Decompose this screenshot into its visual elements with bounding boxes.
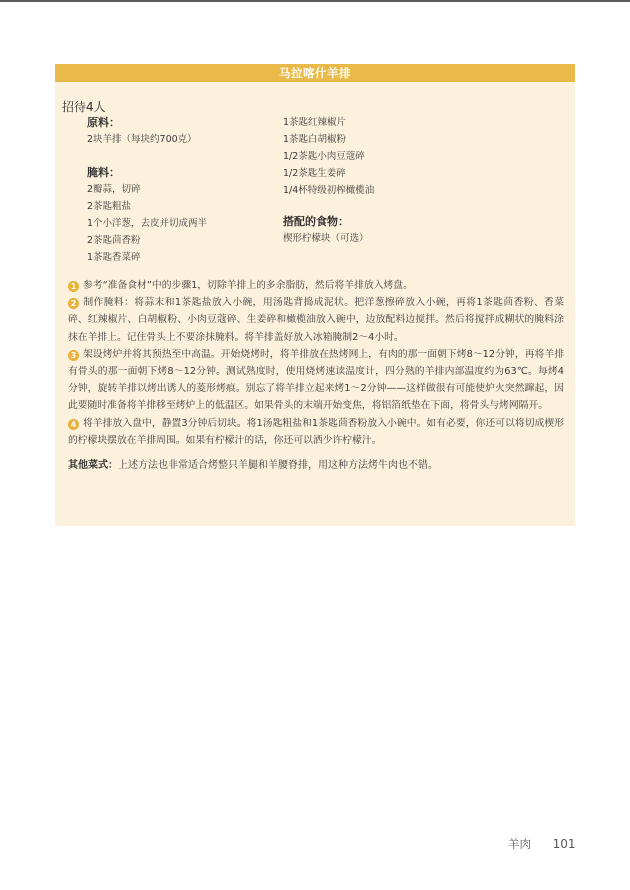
ingredient-item: 2茶匙茴香粉 bbox=[87, 232, 207, 249]
serve-with-item: 楔形柠檬块（可选） bbox=[283, 230, 374, 247]
page-number: 101 bbox=[553, 837, 576, 851]
step-number-badge-icon: 1 bbox=[68, 281, 79, 292]
serves-count: 招待4人 bbox=[62, 98, 106, 115]
ingredient-item: 1茶匙香菜碎 bbox=[87, 249, 207, 266]
variations-label: 其他菜式： bbox=[68, 460, 118, 471]
ingredient-item: 1/2茶匙小肉豆蔻碎 bbox=[283, 148, 374, 165]
step-text: 参考“准备食材”中的步骤1，切除羊排上的多余脂肪，然后将羊排放入烤盘。 bbox=[83, 280, 413, 291]
step-text: 制作腌料：将蒜末和1茶匙盐放入小碗，用汤匙背捣成泥状。把洋葱擦碎放入小碗，再将1… bbox=[68, 297, 564, 342]
ingredients-right-column: 1茶匙红辣椒片 1茶匙白胡椒粉 1/2茶匙小肉豆蔻碎 1/2茶匙生姜碎 1/4杯… bbox=[283, 114, 374, 247]
variations: 其他菜式：上述方法也非常适合烤整只羊腿和羊腰脊排，用这种方法烤牛肉也不错。 bbox=[68, 457, 564, 474]
variations-text: 上述方法也非常适合烤整只羊腿和羊腰脊排，用这种方法烤牛肉也不错。 bbox=[118, 460, 438, 471]
step-4: 4将羊排放入盘中，静置3分钟后切块。将1汤匙粗盐和1茶匙茴香粉放入小碗中。如有必… bbox=[68, 415, 564, 449]
step-number-badge-icon: 3 bbox=[68, 350, 79, 361]
main-ingredients-heading: 原料： bbox=[87, 114, 207, 131]
recipe-box: 马拉喀什羊排 招待4人 原料： 2块羊排（每块约700克） 腌料： 2瓣蒜，切碎… bbox=[55, 64, 575, 526]
ingredient-item: 2块羊排（每块约700克） bbox=[87, 131, 207, 148]
step-2: 2制作腌料：将蒜末和1茶匙盐放入小碗，用汤匙背捣成泥状。把洋葱擦碎放入小碗，再将… bbox=[68, 294, 564, 346]
step-number-badge-icon: 4 bbox=[68, 419, 79, 430]
ingredient-item: 1/4杯特级初榨橄榄油 bbox=[283, 182, 374, 199]
step-text: 架设烤炉并将其预热至中高温。开始烧烤时，将羊排放在热烤网上，有肉的那一面朝下烤8… bbox=[68, 349, 564, 412]
serve-with-heading: 搭配的食物： bbox=[283, 213, 374, 230]
top-rule bbox=[0, 0, 630, 2]
section-name: 羊肉 bbox=[508, 837, 531, 851]
instructions: 1参考“准备食材”中的步骤1，切除羊排上的多余脂肪，然后将羊排放入烤盘。 2制作… bbox=[68, 277, 564, 484]
ingredient-item: 2茶匙粗盐 bbox=[87, 198, 207, 215]
ingredient-item: 1茶匙白胡椒粉 bbox=[283, 131, 374, 148]
step-3: 3架设烤炉并将其预热至中高温。开始烧烤时，将羊排放在热烤网上，有肉的那一面朝下烤… bbox=[68, 346, 564, 415]
recipe-title: 马拉喀什羊排 bbox=[55, 64, 575, 82]
step-number-badge-icon: 2 bbox=[68, 298, 79, 309]
step-text: 将羊排放入盘中，静置3分钟后切块。将1汤匙粗盐和1茶匙茴香粉放入小碗中。如有必要… bbox=[68, 418, 564, 446]
ingredients-left-column: 原料： 2块羊排（每块约700克） 腌料： 2瓣蒜，切碎 2茶匙粗盐 1个小洋葱… bbox=[87, 114, 207, 266]
ingredient-item: 2瓣蒜，切碎 bbox=[87, 181, 207, 198]
ingredient-item: 1个小洋葱，去皮并切成两半 bbox=[87, 215, 207, 232]
marinade-heading: 腌料： bbox=[87, 164, 207, 181]
ingredient-item: 1茶匙红辣椒片 bbox=[283, 114, 374, 131]
ingredient-item: 1/2茶匙生姜碎 bbox=[283, 165, 374, 182]
step-1: 1参考“准备食材”中的步骤1，切除羊排上的多余脂肪，然后将羊排放入烤盘。 bbox=[68, 277, 564, 294]
page-footer: 羊肉 101 bbox=[508, 836, 576, 852]
